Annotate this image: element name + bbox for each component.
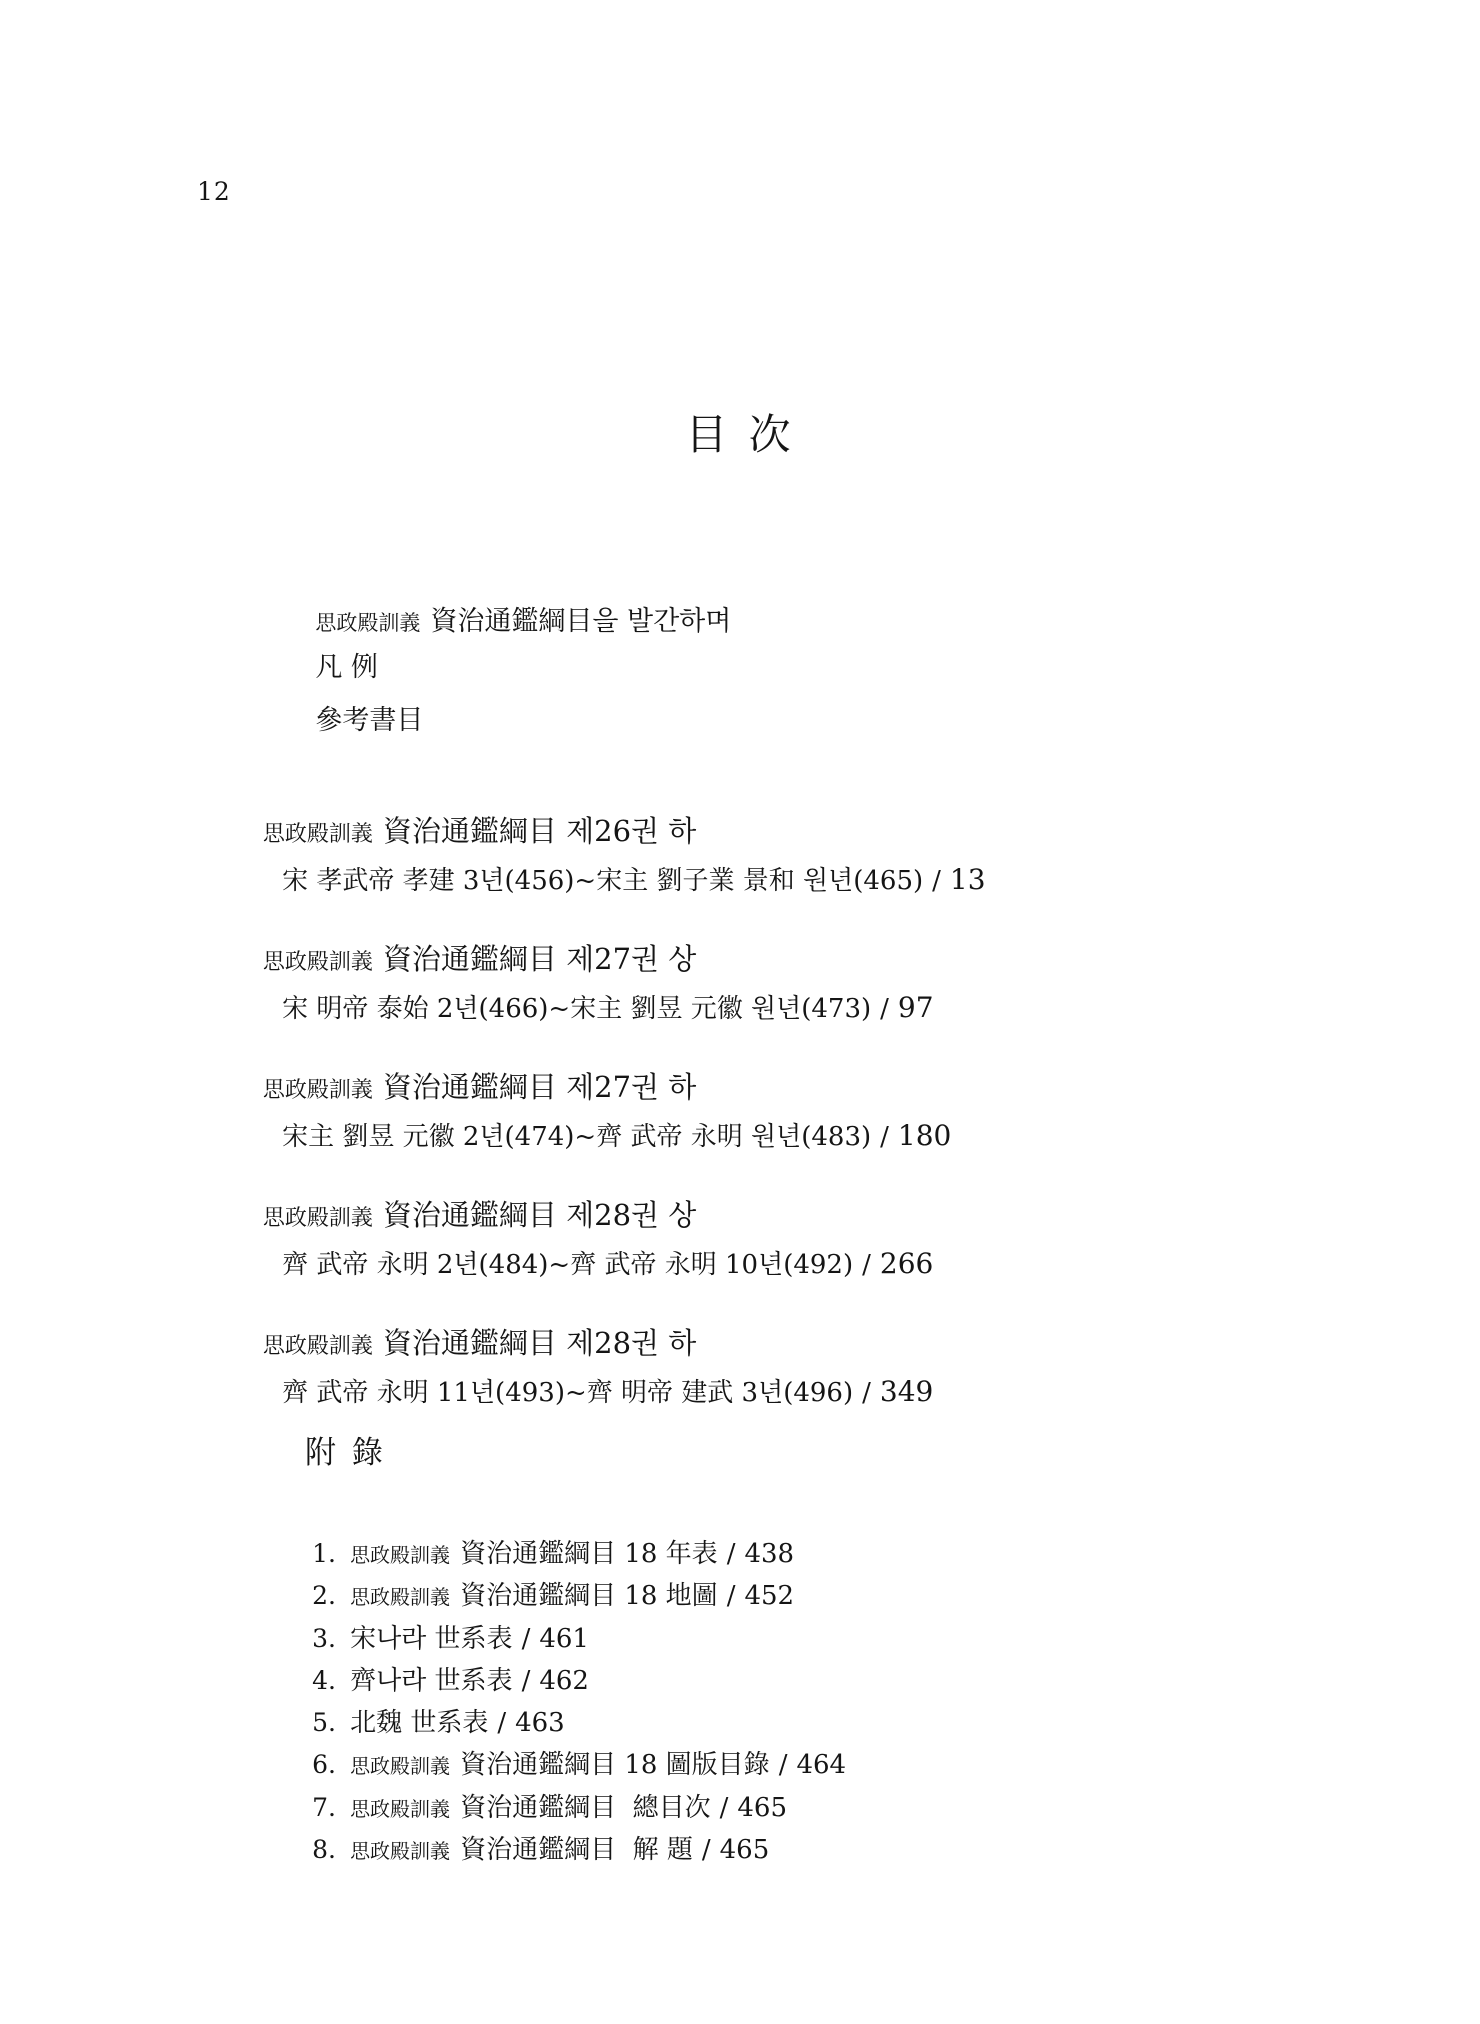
separator: /: [862, 1378, 871, 1408]
entry-range: 宋主 劉昱 元徽 2년(474)~齊 武帝 永明 원년(483): [282, 1122, 871, 1152]
front-matter-text: 參考書目: [315, 705, 423, 736]
entry-page-number: 266: [880, 1247, 933, 1280]
appendix-item-page: 465: [720, 1835, 770, 1865]
entry-range: 齊 武帝 永明 11년(493)~齊 明帝 建武 3년(496): [282, 1378, 853, 1408]
entry-range: 宋 孝武帝 孝建 3년(456)~宋主 劉子業 景和 원년(465): [282, 866, 923, 896]
separator: /: [880, 1122, 889, 1152]
separator: /: [932, 866, 941, 896]
entry-page-number: 97: [898, 991, 934, 1024]
entry-range: 齊 武帝 永明 2년(484)~齊 武帝 永明 10년(492): [282, 1250, 853, 1280]
entry-range: 宋 明帝 泰始 2년(466)~宋主 劉昱 元徽 원년(473): [282, 994, 871, 1024]
appendix-item-text: 資治通鑑綱目 解 題: [460, 1835, 693, 1865]
front-matter-line: 參考書目: [281, 676, 423, 765]
entry-range-line: 宋 明帝 泰始 2년(466)~宋主 劉昱 元徽 원년(473)/97: [249, 964, 934, 1052]
front-matter-text: 資治通鑑綱目을 발간하며: [430, 606, 731, 637]
entry-range-line: 宋 孝武帝 孝建 3년(456)~宋主 劉子業 景和 원년(465)/13: [249, 836, 986, 924]
entry-page-number: 13: [950, 863, 986, 896]
document-page: 12 目 次 思政殿訓義資治通鑑綱目을 발간하며 凡 例 參考書目 思政殿訓義資…: [0, 0, 1480, 2024]
appendix-heading: 附 錄: [305, 1436, 386, 1470]
entry-page-number: 349: [880, 1375, 933, 1408]
entry-range-line: 齊 武帝 永明 2년(484)~齊 武帝 永明 10년(492)/266: [249, 1220, 933, 1308]
entry-page-number: 180: [898, 1119, 951, 1152]
page-title: 目 次: [0, 412, 1480, 458]
entry-range-line: 齊 武帝 永明 11년(493)~齊 明帝 建武 3년(496)/349: [249, 1348, 933, 1436]
appendix-item-prefix: 思政殿訓義: [350, 1839, 450, 1863]
appendix-item: 8.思政殿訓義資治通鑑綱目 解 題/465: [279, 1807, 769, 1893]
separator: /: [702, 1835, 711, 1865]
separator: /: [727, 1581, 736, 1611]
appendix-item-page: 464: [796, 1750, 846, 1780]
appendix-item-page: 452: [744, 1581, 794, 1611]
separator: /: [880, 994, 889, 1024]
separator: /: [862, 1250, 871, 1280]
appendix-item-number: 8.: [312, 1836, 350, 1864]
page-number: 12: [197, 178, 231, 206]
entry-range-line: 宋主 劉昱 元徽 2년(474)~齊 武帝 永明 원년(483)/180: [249, 1092, 951, 1180]
